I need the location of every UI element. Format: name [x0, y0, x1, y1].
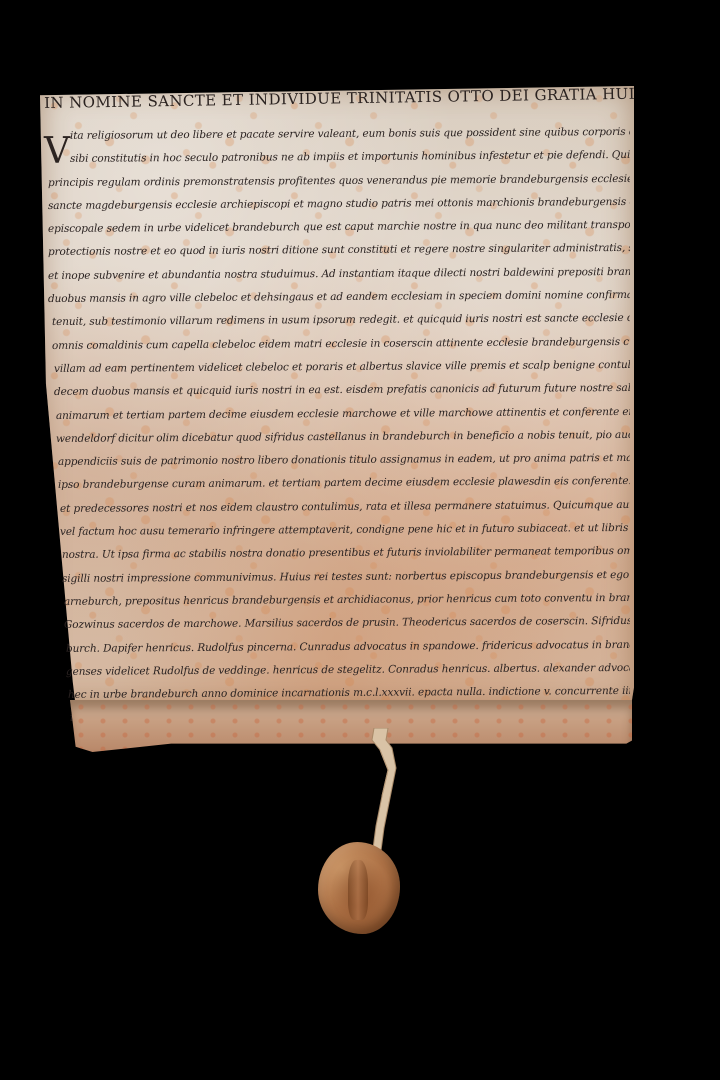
folded-lower-margin — [70, 700, 632, 752]
text-line: decem duobus mansis et quicquid iuris no… — [48, 382, 630, 409]
charter-photograph: IN NOMINE SANCTE ET INDIVIDUE TRINITATIS… — [0, 0, 720, 1080]
charter-body-text: ita religiosorum ut deo libere et pacate… — [48, 130, 630, 736]
text-line: sibi constitutis in hoc seculo patronibu… — [48, 149, 630, 176]
text-line: nostra. Ut ipsa firma ac stabilis nostra… — [48, 545, 630, 572]
wax-seal — [318, 842, 400, 934]
text-line: Gozwinus sacerdos de marchowe. Marsilius… — [48, 615, 630, 642]
seal-figure-impression — [348, 860, 368, 920]
